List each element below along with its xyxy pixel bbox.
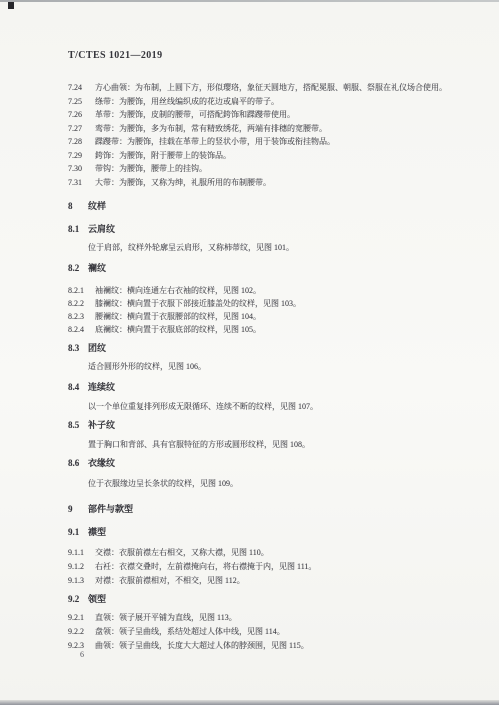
clause-9-2-3: 9.2.3曲领：领子呈曲线，长度大大超过人体的脖颈围，见图 115。 <box>68 640 309 651</box>
section-title: 襕纹 <box>88 263 106 273</box>
chapter-8-heading: 8纹样 <box>68 201 106 212</box>
clause-8-2-3: 8.2.3腰襕纹：横向置于衣服腰部的纹样，见图 104。 <box>68 311 261 322</box>
clause-9-2-1: 9.2.1直领：领子展开平铺为直线，见图 113。 <box>68 612 237 623</box>
document-header: T/CTES 1021—2019 <box>68 50 162 61</box>
scan-top-edge <box>0 0 499 2</box>
section-title: 襟型 <box>88 527 106 537</box>
section-title: 云肩纹 <box>88 224 115 234</box>
section-title: 衣缘纹 <box>88 458 115 468</box>
clause-number: 7.26 <box>68 109 95 120</box>
clause-text: 蹀躞带：为腰饰，挂载在革带上的竖状小带，用于装饰或衔挂物品。 <box>95 137 335 146</box>
chapter-title: 纹样 <box>88 201 106 211</box>
clause-7-26: 7.26革带：为腰饰，皮制的腰带，可搭配銙饰和蹀躞带使用。 <box>68 109 295 120</box>
clause-text: 直领：领子展开平铺为直线，见图 113。 <box>95 613 237 622</box>
section-title: 团纹 <box>88 343 106 353</box>
para-8-4: 以一个单位重复排列形成无限循环、连续不断的纹样，见图 107。 <box>88 401 318 412</box>
section-title: 领型 <box>88 594 106 604</box>
clause-number: 9.1.1 <box>68 547 95 558</box>
clause-7-30: 7.30带钩：为腰饰，腰带上的挂钩。 <box>68 163 207 174</box>
section-9-2-heading: 9.2领型 <box>68 594 106 605</box>
clause-text: 绦带：为腰饰，用丝线编织成的花边或扁平的带子。 <box>95 97 279 106</box>
section-number: 8.5 <box>68 420 88 431</box>
clause-number: 7.29 <box>68 150 95 161</box>
clause-text: 袖襕纹：横向连通左右衣袖的纹样，见图 102。 <box>95 286 261 295</box>
clause-text: 对襟：衣服前襟相对，不相交，见图 112。 <box>95 576 245 585</box>
clause-text: 銙饰：为腰饰，附于腰带上的装饰品。 <box>95 151 231 160</box>
clause-9-1-1: 9.1.1交襟：衣服前襟左右相交，又称大襟，见图 110。 <box>68 547 269 558</box>
clause-number: 7.31 <box>68 177 95 188</box>
clause-number: 9.1.3 <box>68 575 95 586</box>
section-8-1-heading: 8.1云肩纹 <box>68 224 115 235</box>
clause-number: 9.1.2 <box>68 561 95 572</box>
clause-7-25: 7.25绦带：为腰饰，用丝线编织成的花边或扁平的带子。 <box>68 96 279 107</box>
clause-text: 交襟：衣服前襟左右相交，又称大襟，见图 110。 <box>95 548 269 557</box>
clause-7-27: 7.27鸾带：为腰饰，多为布制，常有精致绣花，两端有排穗的宽腰带。 <box>68 123 327 134</box>
section-title: 补子纹 <box>88 420 115 430</box>
para-8-5: 置于胸口和背部、具有官服特征的方形或圆形纹样，见图 108。 <box>88 439 310 450</box>
clause-number: 9.2.1 <box>68 612 95 623</box>
clause-number: 7.25 <box>68 96 95 107</box>
clause-7-29: 7.29銙饰：为腰饰，附于腰带上的装饰品。 <box>68 150 231 161</box>
section-number: 9.1 <box>68 527 88 538</box>
clause-text: 腰襕纹：横向置于衣服腰部的纹样，见图 104。 <box>95 312 261 321</box>
section-8-4-heading: 8.4连续纹 <box>68 382 115 393</box>
clause-number: 8.2.1 <box>68 285 95 296</box>
para-8-6: 位于衣服缘边呈长条状的纹样，见图 109。 <box>88 478 238 489</box>
scan-corner-mark <box>8 2 14 9</box>
section-number: 8.2 <box>68 263 88 274</box>
chapter-title: 部件与款型 <box>88 504 133 514</box>
clause-9-2-2: 9.2.2盘领：领子呈曲线，系结处超过人体中线，见图 114。 <box>68 626 285 637</box>
section-title: 连续纹 <box>88 382 115 392</box>
clause-text: 鸾带：为腰饰，多为布制，常有精致绣花，两端有排穗的宽腰带。 <box>95 124 327 133</box>
chapter-9-heading: 9部件与款型 <box>68 504 133 515</box>
section-number: 8.3 <box>68 343 88 354</box>
chapter-number: 8 <box>68 201 88 212</box>
clause-number: 7.24 <box>68 82 95 93</box>
section-number: 8.4 <box>68 382 88 393</box>
chapter-number: 9 <box>68 504 88 515</box>
para-8-1: 位于肩部，纹样外轮廓呈云肩形，又称柿蒂纹，见图 101。 <box>88 242 294 253</box>
section-number: 9.2 <box>68 594 88 605</box>
clause-8-2-2: 8.2.2膝襕纹：横向置于衣服下部接近膝盖处的纹样，见图 103。 <box>68 298 301 309</box>
document-page: T/CTES 1021—2019 7.24方心曲领：为布制，上圆下方，形似璎珞，… <box>0 0 499 705</box>
clause-text: 膝襕纹：横向置于衣服下部接近膝盖处的纹样，见图 103。 <box>95 299 301 308</box>
clause-8-2-4: 8.2.4底襕纹：横向置于衣服底部的纹样，见图 105。 <box>68 324 261 335</box>
section-8-6-heading: 8.6衣缘纹 <box>68 458 115 469</box>
section-number: 8.6 <box>68 458 88 469</box>
clause-text: 底襕纹：横向置于衣服底部的纹样，见图 105。 <box>95 325 261 334</box>
para-8-3: 适合圆形外形的纹样，见图 106。 <box>88 361 206 372</box>
clause-text: 大带：为腰饰，又称为绅，礼服所用的布制腰带。 <box>95 178 271 187</box>
clause-number: 7.27 <box>68 123 95 134</box>
clause-number: 9.2.2 <box>68 626 95 637</box>
clause-text: 革带：为腰饰，皮制的腰带，可搭配銙饰和蹀躞带使用。 <box>95 110 295 119</box>
clause-7-24: 7.24方心曲领：为布制，上圆下方，形似璎珞，象征天圆地方，搭配冕服、朝服、祭服… <box>68 82 447 93</box>
section-number: 8.1 <box>68 224 88 235</box>
clause-7-31: 7.31大带：为腰饰，又称为绅，礼服所用的布制腰带。 <box>68 177 271 188</box>
section-9-1-heading: 9.1襟型 <box>68 527 106 538</box>
clause-text: 盘领：领子呈曲线，系结处超过人体中线，见图 114。 <box>95 627 285 636</box>
section-8-3-heading: 8.3团纹 <box>68 343 106 354</box>
clause-number: 8.2.2 <box>68 298 95 309</box>
clause-text: 曲领：领子呈曲线，长度大大超过人体的脖颈围，见图 115。 <box>95 641 309 650</box>
section-8-5-heading: 8.5补子纹 <box>68 420 115 431</box>
clause-9-1-2: 9.1.2右衽：衣襟交叠时，左前襟掩向右，将右襟掩于内，见图 111。 <box>68 561 316 572</box>
clause-number: 7.28 <box>68 136 95 147</box>
clause-text: 带钩：为腰饰，腰带上的挂钩。 <box>95 164 207 173</box>
clause-9-1-3: 9.1.3对襟：衣服前襟相对，不相交，见图 112。 <box>68 575 245 586</box>
scan-bottom-edge <box>0 700 499 705</box>
clause-8-2-1: 8.2.1袖襕纹：横向连通左右衣袖的纹样，见图 102。 <box>68 285 261 296</box>
clause-number: 7.30 <box>68 163 95 174</box>
clause-text: 右衽：衣襟交叠时，左前襟掩向右，将右襟掩于内，见图 111。 <box>95 562 316 571</box>
section-8-2-heading: 8.2襕纹 <box>68 263 106 274</box>
clause-number: 8.2.4 <box>68 324 95 335</box>
clause-7-28: 7.28蹀躞带：为腰饰，挂载在革带上的竖状小带，用于装饰或衔挂物品。 <box>68 136 335 147</box>
clause-number: 8.2.3 <box>68 311 95 322</box>
page-number: 6 <box>80 650 84 659</box>
clause-text: 方心曲领：为布制，上圆下方，形似璎珞，象征天圆地方，搭配冕服、朝服、祭服在礼仪场… <box>95 83 447 92</box>
